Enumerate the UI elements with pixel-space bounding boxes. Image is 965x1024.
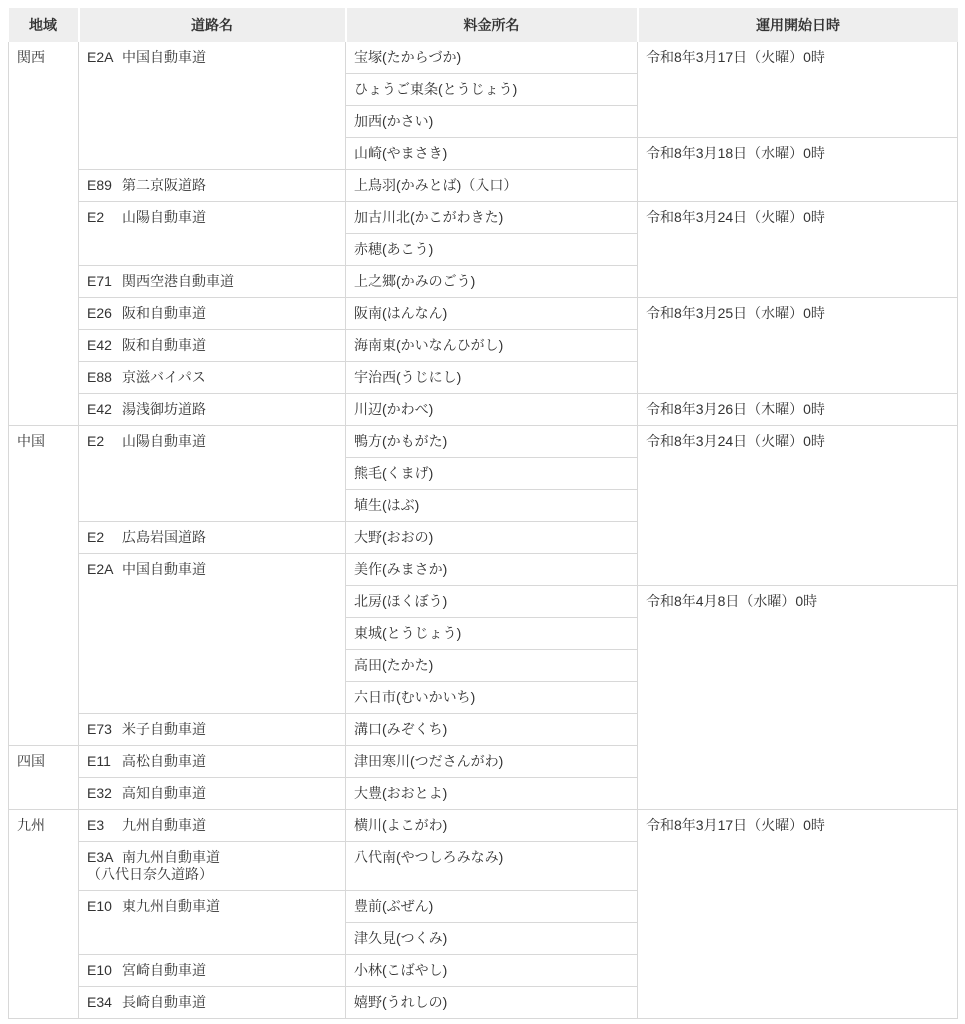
toll-cell: 北房(ほくぼう) bbox=[346, 586, 638, 618]
date-cell: 令和8年3月25日（水曜）0時 bbox=[638, 298, 958, 394]
column-header-region: 地域 bbox=[9, 8, 79, 42]
toll-cell: 東城(とうじょう) bbox=[346, 618, 638, 650]
road-line: E32高知自動車道 bbox=[87, 785, 337, 802]
road-cell: E2A中国自動車道 bbox=[79, 42, 346, 170]
road-line: E2A中国自動車道 bbox=[87, 561, 337, 578]
toll-cell: 豊前(ぶぜん) bbox=[346, 891, 638, 923]
road-code: E26 bbox=[87, 305, 122, 322]
road-code: E2 bbox=[87, 433, 122, 450]
column-header-toll: 料金所名 bbox=[346, 8, 638, 42]
toll-table: 地域 道路名 料金所名 運用開始日時 関西E2A中国自動車道宝塚(たからづか)令… bbox=[8, 8, 958, 1019]
road-name: 南九州自動車道 bbox=[122, 849, 220, 866]
road-cell: E10東九州自動車道 bbox=[79, 891, 346, 955]
road-cell: E71関西空港自動車道 bbox=[79, 266, 346, 298]
road-line: E34長崎自動車道 bbox=[87, 994, 337, 1011]
column-header-date: 運用開始日時 bbox=[638, 8, 958, 42]
road-name: 中国自動車道 bbox=[122, 49, 206, 66]
road-line: E2山陽自動車道 bbox=[87, 433, 337, 450]
road-code: E2 bbox=[87, 529, 122, 546]
road-cell: E32高知自動車道 bbox=[79, 778, 346, 810]
road-name: 第二京阪道路 bbox=[122, 177, 206, 194]
toll-cell: 加古川北(かこがわきた) bbox=[346, 202, 638, 234]
toll-cell: 加西(かさい) bbox=[346, 106, 638, 138]
road-name: 阪和自動車道 bbox=[122, 337, 206, 354]
road-cell: E89第二京阪道路 bbox=[79, 170, 346, 202]
road-cell: E2A中国自動車道 bbox=[79, 554, 346, 714]
road-name: 宮崎自動車道 bbox=[122, 962, 206, 979]
road-name: 米子自動車道 bbox=[122, 721, 206, 738]
road-code: E10 bbox=[87, 898, 122, 915]
road-cell: E42阪和自動車道 bbox=[79, 330, 346, 362]
road-line: E26阪和自動車道 bbox=[87, 305, 337, 322]
road-cell: E73米子自動車道 bbox=[79, 714, 346, 746]
region-cell: 九州 bbox=[9, 810, 79, 1019]
toll-cell: 海南東(かいなんひがし) bbox=[346, 330, 638, 362]
date-cell: 令和8年4月8日（水曜）0時 bbox=[638, 586, 958, 810]
date-cell: 令和8年3月24日（火曜）0時 bbox=[638, 426, 958, 586]
table-row: 九州E3九州自動車道横川(よこがわ)令和8年3月17日（火曜）0時 bbox=[9, 810, 958, 842]
road-name: 山陽自動車道 bbox=[122, 433, 206, 450]
toll-cell: 宇治西(うじにし) bbox=[346, 362, 638, 394]
toll-cell: 大野(おおの) bbox=[346, 522, 638, 554]
region-label: 関西 bbox=[17, 49, 45, 65]
date-cell: 令和8年3月17日（火曜）0時 bbox=[638, 810, 958, 1019]
road-cell: E26阪和自動車道 bbox=[79, 298, 346, 330]
header-row: 地域 道路名 料金所名 運用開始日時 bbox=[9, 8, 958, 42]
toll-cell: 上之郷(かみのごう) bbox=[346, 266, 638, 298]
toll-cell: 赤穂(あこう) bbox=[346, 234, 638, 266]
road-line: E3A南九州自動車道 bbox=[87, 849, 337, 866]
toll-cell: 津久見(つくみ) bbox=[346, 923, 638, 955]
road-name: 湯浅御坊道路 bbox=[122, 401, 206, 418]
road-name: 山陽自動車道 bbox=[122, 209, 206, 226]
toll-cell: ひょうご東条(とうじょう) bbox=[346, 74, 638, 106]
date-cell: 令和8年3月18日（水曜）0時 bbox=[638, 138, 958, 202]
road-cell: E11高松自動車道 bbox=[79, 746, 346, 778]
toll-cell: 八代南(やつしろみなみ) bbox=[346, 842, 638, 891]
region-cell: 中国 bbox=[9, 426, 79, 746]
table-row: E42湯浅御坊道路川辺(かわべ)令和8年3月26日（木曜）0時 bbox=[9, 394, 958, 426]
road-cell: E88京滋バイパス bbox=[79, 362, 346, 394]
road-line: E10宮崎自動車道 bbox=[87, 962, 337, 979]
road-code: E11 bbox=[87, 753, 122, 770]
road-name: 高松自動車道 bbox=[122, 753, 206, 770]
road-cell: E3九州自動車道 bbox=[79, 810, 346, 842]
road-code: E3 bbox=[87, 817, 122, 834]
table-body: 関西E2A中国自動車道宝塚(たからづか)令和8年3月17日（火曜）0時ひょうご東… bbox=[9, 42, 958, 1019]
toll-cell: 六日市(むいかいち) bbox=[346, 682, 638, 714]
road-line: E2広島岩国道路 bbox=[87, 529, 337, 546]
toll-cell: 溝口(みぞくち) bbox=[346, 714, 638, 746]
region-label: 中国 bbox=[17, 433, 45, 449]
road-code: E3A bbox=[87, 849, 122, 866]
road-line: E2山陽自動車道 bbox=[87, 209, 337, 226]
road-line: E71関西空港自動車道 bbox=[87, 273, 337, 290]
toll-cell: 熊毛(くまげ) bbox=[346, 458, 638, 490]
road-code: E88 bbox=[87, 369, 122, 386]
road-code: E34 bbox=[87, 994, 122, 1011]
road-code: E42 bbox=[87, 401, 122, 418]
road-name: 広島岩国道路 bbox=[122, 529, 206, 546]
road-line: E88京滋バイパス bbox=[87, 369, 337, 386]
road-line: E2A中国自動車道 bbox=[87, 49, 337, 66]
road-cell: E34長崎自動車道 bbox=[79, 987, 346, 1019]
road-name: 中国自動車道 bbox=[122, 561, 206, 578]
road-code: E2 bbox=[87, 209, 122, 226]
toll-cell: 高田(たかた) bbox=[346, 650, 638, 682]
road-name: 九州自動車道 bbox=[122, 817, 206, 834]
road-name: 東九州自動車道 bbox=[122, 898, 220, 915]
region-cell: 関西 bbox=[9, 42, 79, 426]
toll-cell: 鴨方(かもがた) bbox=[346, 426, 638, 458]
region-cell: 四国 bbox=[9, 746, 79, 810]
road-code: E42 bbox=[87, 337, 122, 354]
road-name: 京滋バイパス bbox=[122, 369, 206, 386]
road-code: E2A bbox=[87, 561, 122, 578]
date-cell: 令和8年3月26日（木曜）0時 bbox=[638, 394, 958, 426]
date-cell: 令和8年3月17日（火曜）0時 bbox=[638, 42, 958, 138]
road-line: E42湯浅御坊道路 bbox=[87, 401, 337, 418]
road-name-second-line: （八代日奈久道路） bbox=[87, 866, 337, 883]
table-row: 関西E2A中国自動車道宝塚(たからづか)令和8年3月17日（火曜）0時 bbox=[9, 42, 958, 74]
toll-cell: 大豊(おおとよ) bbox=[346, 778, 638, 810]
road-line: E10東九州自動車道 bbox=[87, 898, 337, 915]
road-code: E10 bbox=[87, 962, 122, 979]
table-row: E26阪和自動車道阪南(はんなん)令和8年3月25日（水曜）0時 bbox=[9, 298, 958, 330]
road-name: 長崎自動車道 bbox=[122, 994, 206, 1011]
page: 地域 道路名 料金所名 運用開始日時 関西E2A中国自動車道宝塚(たからづか)令… bbox=[0, 0, 965, 1024]
road-cell: E2広島岩国道路 bbox=[79, 522, 346, 554]
road-cell: E2山陽自動車道 bbox=[79, 426, 346, 522]
toll-cell: 山崎(やまさき) bbox=[346, 138, 638, 170]
road-cell: E2山陽自動車道 bbox=[79, 202, 346, 266]
date-cell: 令和8年3月24日（火曜）0時 bbox=[638, 202, 958, 298]
road-code: E71 bbox=[87, 273, 122, 290]
toll-cell: 横川(よこがわ) bbox=[346, 810, 638, 842]
region-label: 四国 bbox=[17, 753, 45, 769]
toll-cell: 美作(みまさか) bbox=[346, 554, 638, 586]
toll-cell: 上鳥羽(かみとば)（入口） bbox=[346, 170, 638, 202]
table-row: 中国E2山陽自動車道鴨方(かもがた)令和8年3月24日（火曜）0時 bbox=[9, 426, 958, 458]
road-line: E42阪和自動車道 bbox=[87, 337, 337, 354]
road-code: E32 bbox=[87, 785, 122, 802]
toll-cell: 川辺(かわべ) bbox=[346, 394, 638, 426]
toll-cell: 嬉野(うれしの) bbox=[346, 987, 638, 1019]
region-label: 九州 bbox=[17, 817, 45, 833]
toll-cell: 阪南(はんなん) bbox=[346, 298, 638, 330]
road-line: E89第二京阪道路 bbox=[87, 177, 337, 194]
toll-cell: 小林(こばやし) bbox=[346, 955, 638, 987]
road-line: E11高松自動車道 bbox=[87, 753, 337, 770]
road-cell: E3A南九州自動車道（八代日奈久道路） bbox=[79, 842, 346, 891]
road-name: 関西空港自動車道 bbox=[122, 273, 234, 290]
toll-cell: 宝塚(たからづか) bbox=[346, 42, 638, 74]
column-header-road: 道路名 bbox=[79, 8, 346, 42]
road-code: E73 bbox=[87, 721, 122, 738]
road-line: E73米子自動車道 bbox=[87, 721, 337, 738]
toll-cell: 埴生(はぶ) bbox=[346, 490, 638, 522]
table-row: E2山陽自動車道加古川北(かこがわきた)令和8年3月24日（火曜）0時 bbox=[9, 202, 958, 234]
road-name: 阪和自動車道 bbox=[122, 305, 206, 322]
road-cell: E42湯浅御坊道路 bbox=[79, 394, 346, 426]
road-cell: E10宮崎自動車道 bbox=[79, 955, 346, 987]
table-header: 地域 道路名 料金所名 運用開始日時 bbox=[9, 8, 958, 42]
toll-cell: 津田寒川(つださんがわ) bbox=[346, 746, 638, 778]
road-code: E89 bbox=[87, 177, 122, 194]
road-line: E3九州自動車道 bbox=[87, 817, 337, 834]
road-code: E2A bbox=[87, 49, 122, 66]
road-name: 高知自動車道 bbox=[122, 785, 206, 802]
